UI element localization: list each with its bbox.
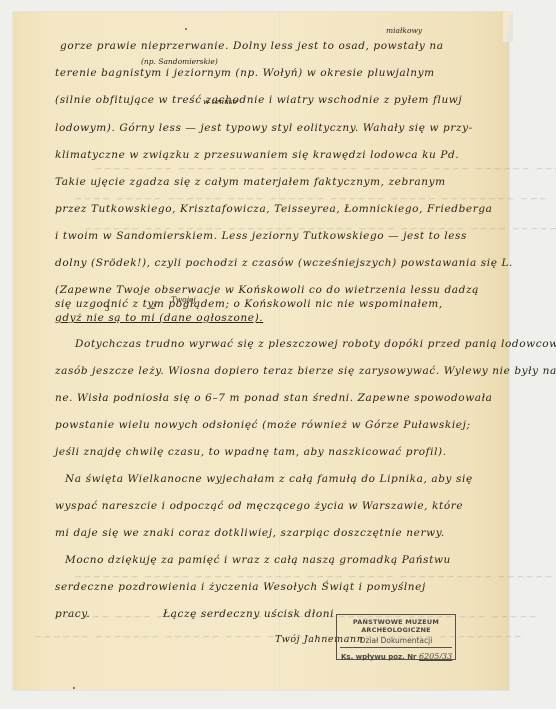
stamp-accession-number: 6205/33: [419, 652, 452, 661]
letter-line: Takie ujęcie zgadza się z całym materjał…: [55, 176, 446, 188]
letter-line: przez Tutkowskiego, Krisztafowicza, Teis…: [55, 203, 493, 215]
archive-stamp: PAŃSTWOWE MUZEUM ARCHEOLOGICZNE Dział Do…: [336, 614, 456, 660]
letter-line: (silnie obfitujące w treść zachodnie i w…: [55, 94, 462, 106]
stamp-accession-row: Ks. wpływu poz. Nr 6205/33: [341, 652, 455, 661]
letter-line: terenie bagnistym i jeziornym (np. Wołyń…: [55, 67, 435, 79]
letter-line: Dotychczas trudno wyrwać się z pleszczow…: [75, 338, 556, 350]
show-through-text: ~~~~ ~~~~~~ ~~~~ ~~~~~~~ ~~~ ~~~~~~ ~~~~…: [93, 164, 556, 175]
paper-speck: [185, 28, 187, 30]
letter-line: Na święta Wielkanocne wyjechałam z całą …: [65, 473, 473, 485]
letter-line: mi daje się we znaki coraz dotkliwiej, s…: [55, 527, 445, 539]
letter-line: (Zapewne Twoje obserwacje w Końskowoli c…: [55, 284, 479, 296]
annotation-miałkowy: miałkowy: [386, 26, 422, 35]
letter-line: Mocno dziękuję za pamięć i wraz z całą n…: [65, 554, 451, 566]
stamp-divider: [340, 647, 452, 648]
letter-closing: Łączę serdeczny uścisk dłoni: [163, 608, 334, 620]
paper-speck: [73, 687, 75, 689]
letter-line: serdeczne pozdrowienia i życzenia Wesoły…: [55, 581, 426, 593]
stamp-institution: PAŃSTWOWE MUZEUM ARCHEOLOGICZNE: [337, 618, 455, 634]
letter-line: ne. Wisła podniosła się o 6–7 m ponad st…: [55, 392, 493, 404]
letter-line: jeśli znajdę chwilę czasu, to wpadnę tam…: [55, 446, 447, 458]
letter-line: się uzgodnić z tym poglądem; o Końskowol…: [55, 298, 443, 310]
letter-line: gorze prawie nieprzerwanie. Dolny less j…: [60, 40, 444, 52]
letter-line: i twoim w Sandomierskiem. Less jeziorny …: [55, 230, 467, 242]
letter-line: lodowym). Górny less — jest typowy styl …: [55, 122, 473, 134]
letter-line: klimatyczne w związku z przesuwaniem się…: [55, 149, 459, 161]
letter-line: pracy.: [55, 608, 90, 620]
letter-line: wyspać nareszcie i odpocząć od męczącego…: [55, 500, 463, 512]
letter-line: powstanie wielu nowych odsłonięć (może r…: [55, 419, 471, 431]
stamp-accession-label: Ks. wpływu poz. Nr: [341, 653, 417, 661]
stamp-department: Dział Dokumentacji: [337, 636, 455, 645]
letter-line: zasób jeszcze leży. Wiosna dopiero teraz…: [55, 365, 556, 377]
letter-line: dolny (Srödek!), czyli pochodzi z czasów…: [55, 257, 513, 269]
letter-line: gdyż nie są to mi (dane ogłoszone).: [55, 312, 263, 324]
letter-paper: ~~~~ ~~~~~~ ~~~~ ~~~~~~~ ~~~ ~~~~~~ ~~~~…: [13, 12, 509, 690]
annotation-np-sandomierskie: (np. Sandomierskie): [141, 57, 218, 66]
